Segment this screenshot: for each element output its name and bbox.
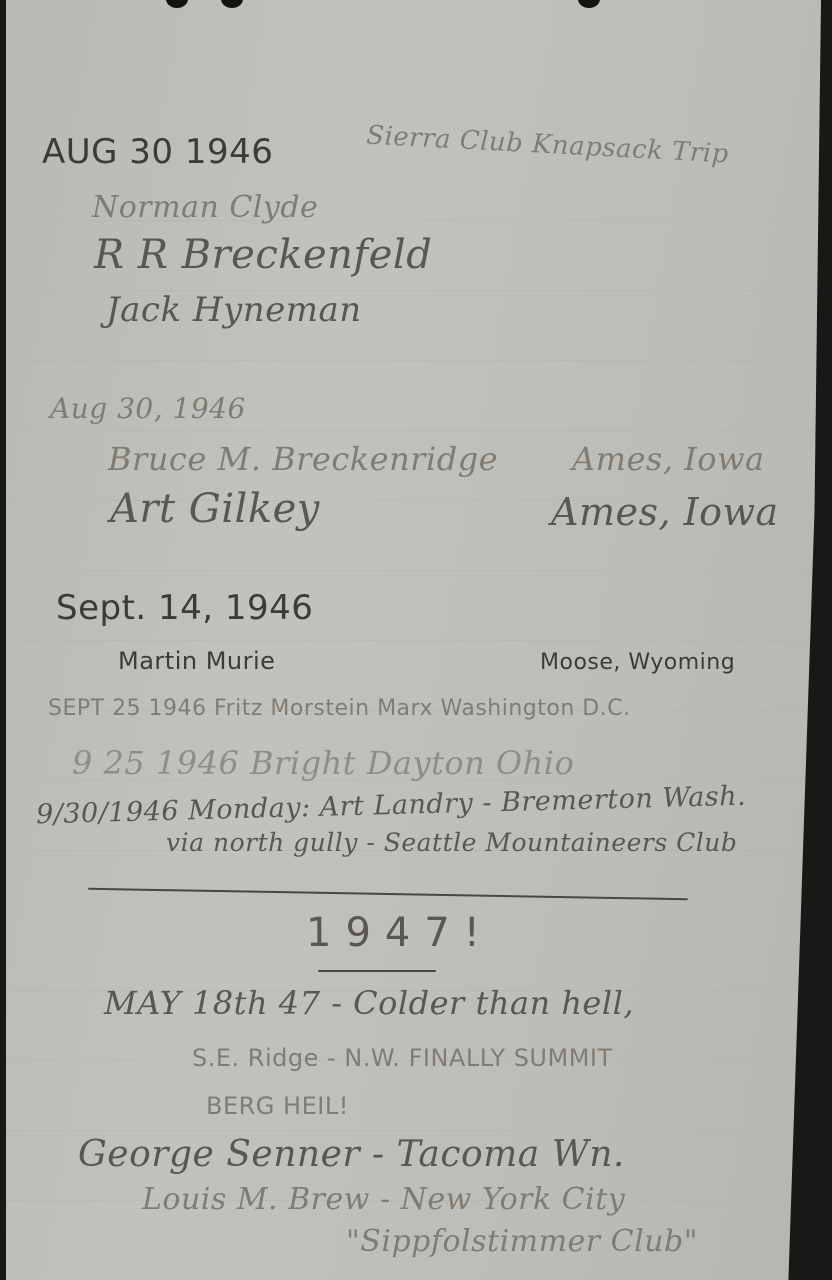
entry-line: BERG HEIL!: [206, 1092, 349, 1120]
entry-line-2: via north gully - Seattle Mountaineers C…: [166, 828, 737, 857]
entry-line: MAY 18th 47 - Colder than hell,: [104, 984, 634, 1022]
binder-hole: [578, 0, 600, 8]
entry-date: Aug 30, 1946: [50, 392, 246, 425]
signer-place: Moose, Wyoming: [540, 650, 735, 675]
entry-date: Sept. 14, 1946: [56, 588, 313, 628]
entry-line: George Senner - Tacoma Wn.: [78, 1134, 625, 1175]
heading-underline: [318, 970, 436, 972]
binder-hole: [166, 0, 188, 8]
signer-place: Ames, Iowa: [551, 490, 779, 534]
register-page: AUG 30 1946 Sierra Club Knapsack Trip No…: [6, 0, 821, 1280]
entry-line: "Sippfolstimmer Club": [346, 1224, 698, 1259]
signer-name: Art Gilkey: [110, 486, 320, 532]
signer-name: Bruce M. Breckenridge: [108, 440, 498, 478]
signer-name: Martin Murie: [118, 647, 275, 675]
entry-line: 9 25 1946 Bright Dayton Ohio: [72, 744, 574, 782]
signer-name: Jack Hyneman: [106, 290, 362, 330]
entry-line: SEPT 25 1946 Fritz Morstein Marx Washing…: [48, 696, 631, 721]
entry-note: Sierra Club Knapsack Trip: [365, 121, 729, 170]
drawn-divider: [88, 888, 688, 900]
entry-date: AUG 30 1946: [42, 132, 273, 172]
entry-line: Louis M. Brew - New York City: [142, 1182, 625, 1217]
entry-line: 9/30/1946 Monday: Art Landry - Bremerton…: [36, 781, 747, 831]
year-heading: 1947!: [306, 910, 494, 956]
entry-line: S.E. Ridge - N.W. FINALLY SUMMIT: [192, 1044, 613, 1072]
signer-place: Ames, Iowa: [572, 440, 765, 478]
signer-name: R R Breckenfeld: [94, 232, 432, 278]
signer-name: Norman Clyde: [92, 190, 318, 225]
binder-hole: [221, 0, 243, 8]
